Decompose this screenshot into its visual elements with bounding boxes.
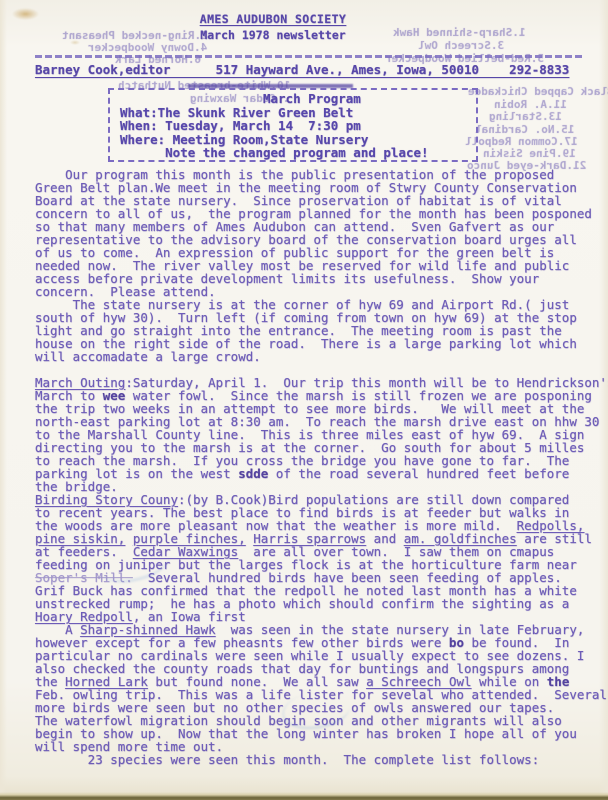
program-box-line: March Program <box>120 92 476 106</box>
paragraph: Our program this month is the public pre… <box>35 168 605 298</box>
text-segment: of the road several hundred feet before <box>268 466 569 481</box>
newsletter-header: AMES AUDUBON SOCIETY March 1978 newslett… <box>0 8 546 42</box>
text-line: parking lot is on the west sdde of the r… <box>35 467 605 480</box>
program-box-line: Note the changed program and place! <box>120 146 476 160</box>
editor-contact-line: Barney Cook,editor 517 Hayward Ave., Ame… <box>35 62 569 77</box>
newsletter-page: 1.Sharp-shinned Hawk2.Ring-necked Pheasa… <box>0 0 608 800</box>
paragraph: 23 species were seen this month. The com… <box>35 753 605 766</box>
text-segment: 23 species were seen this month. The com… <box>35 752 539 767</box>
newsletter-subtitle: March 1978 newsletter <box>0 28 546 42</box>
scan-bottom-edge <box>0 792 608 800</box>
text-line: 23 species were seen this month. The com… <box>35 753 605 766</box>
text-line: will accomadate a large crowd. <box>35 350 605 363</box>
newsletter-title: AMES AUDUBON SOCIETY <box>200 12 346 26</box>
program-announcement-box: March ProgramWhat:The Skunk River Green … <box>108 88 478 162</box>
program-box-line: Where: Meeting Room,State Nursery <box>120 133 476 147</box>
text-segment: will accomadate a large crowd. <box>35 349 261 364</box>
program-box-line: When: Tuesday, March 14 7:30 pm <box>120 119 476 133</box>
program-box-line: What:The Skunk River Green Belt <box>120 106 476 120</box>
newsletter-content: AMES AUDUBON SOCIETY March 1978 newslett… <box>0 0 608 800</box>
paragraph: March Outing:Saturday, April 1. Our trip… <box>35 376 605 493</box>
emphasized-text: sdde <box>238 466 268 481</box>
dashed-divider <box>35 55 585 58</box>
paragraph: A Sharp-shinned Hawk was seen in the sta… <box>35 623 605 753</box>
newsletter-body: Our program this month is the public pre… <box>35 168 605 766</box>
paragraph: The state nursery is at the corner of hy… <box>35 298 605 363</box>
